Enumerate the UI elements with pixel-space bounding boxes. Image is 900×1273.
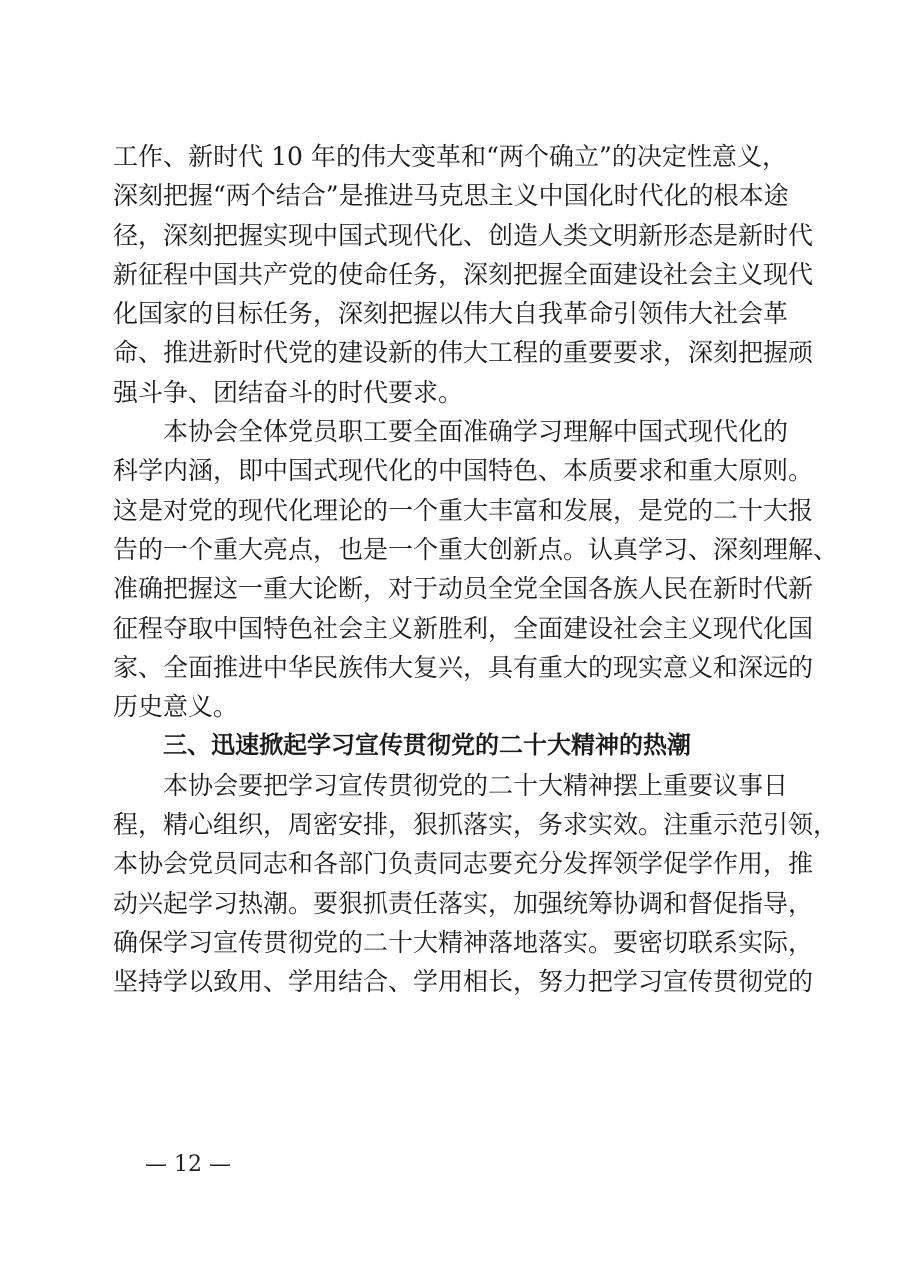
text-line: 径，深刻把握实现中国式现代化、创造人类文明新形态是新时代 — [113, 216, 787, 255]
text-line: 征程夺取中国特色社会主义新胜利，全面建设社会主义现代化国 — [113, 609, 787, 648]
text-line: 确保学习宣传贯彻党的二十大精神落地落实。要密切联系实际， — [113, 923, 787, 962]
text-line: 命、推进新时代党的建设新的伟大工程的重要要求，深刻把握顽 — [113, 333, 787, 372]
text-line: 这是对党的现代化理论的一个重大丰富和发展，是党的二十大报 — [113, 491, 787, 530]
text-line: 化国家的目标任务，深刻把握以伟大自我革命引领伟大社会革 — [113, 294, 787, 333]
text-line: 准确把握这一重大论断，对于动员全党全国各族人民在新时代新 — [113, 569, 787, 608]
text-line: 告的一个重大亮点，也是一个重大创新点。认真学习、深刻理解、 — [113, 530, 787, 569]
document-page: 工作、新时代 10 年的伟大变革和“两个确立”的决定性意义， 深刻把握“两个结合… — [0, 0, 900, 1273]
text-line: 动兴起学习热潮。要狠抓责任落实，加强统筹协调和督促指导， — [113, 884, 787, 923]
text-line: 本协会党员同志和各部门负责同志要充分发挥领学促学作用，推 — [113, 844, 787, 883]
section-heading: 三、迅速掀起学习宣传贯彻党的二十大精神的热潮 — [113, 726, 787, 765]
text-line: 历史意义。 — [113, 687, 787, 726]
text-line: 家、全面推进中华民族伟大复兴，具有重大的现实意义和深远的 — [113, 648, 787, 687]
text-line: 深刻把握“两个结合”是推进马克思主义中国化时代化的根本途 — [113, 176, 787, 215]
text-line: 本协会全体党员职工要全面准确学习理解中国式现代化的 — [113, 412, 787, 451]
text-line: 新征程中国共产党的使命任务，深刻把握全面建设社会主义现代 — [113, 255, 787, 294]
text-line: 工作、新时代 10 年的伟大变革和“两个确立”的决定性意义， — [113, 137, 787, 176]
text-line: 强斗争、团结奋斗的时代要求。 — [113, 373, 787, 412]
page-number: — 12 — — [145, 1152, 231, 1177]
text-line: 本协会要把学习宣传贯彻党的二十大精神摆上重要议事日 — [113, 766, 787, 805]
text-line: 程，精心组织，周密安排，狠抓落实，务求实效。注重示范引领， — [113, 805, 787, 844]
text-line: 坚持学以致用、学用结合、学用相长，努力把学习宣传贯彻党的 — [113, 962, 787, 1001]
document-body: 工作、新时代 10 年的伟大变革和“两个确立”的决定性意义， 深刻把握“两个结合… — [113, 137, 787, 1002]
text-line: 科学内涵，即中国式现代化的中国特色、本质要求和重大原则。 — [113, 451, 787, 490]
